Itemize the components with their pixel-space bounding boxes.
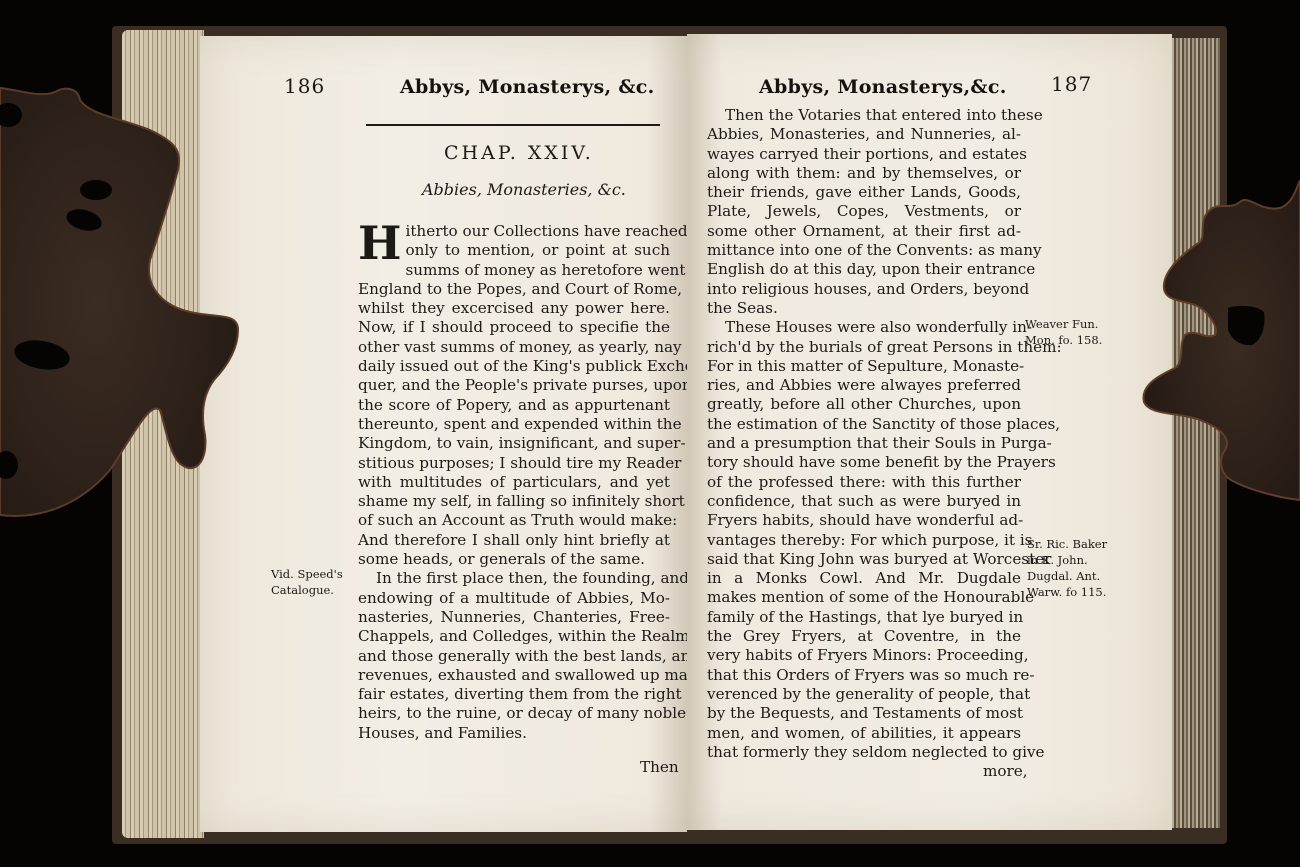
margin-note-weaver: Weaver Fun. Mon. fo. 158. [1025, 316, 1102, 348]
text-line: And therefore I shall only hint briefly … [358, 531, 670, 550]
text-line: Now, if I should proceed to specifie the [358, 318, 670, 337]
text-line: In the first place then, the founding, a… [358, 569, 670, 588]
text-line: only to mention, or point at such [358, 241, 670, 260]
text-line: mittance into one of the Convents: as ma… [707, 241, 1021, 260]
text-line: their friends, gave either Lands, Goods, [707, 183, 1021, 202]
text-line: Chappels, and Colledges, within the Real… [358, 627, 670, 646]
text-line: Houses, and Families. [358, 724, 670, 743]
text-line: and those generally with the best lands,… [358, 647, 670, 666]
text-line: along with them: and by themselves, or [707, 164, 1021, 183]
running-head-left: Abbys, Monasterys, &c. [400, 76, 655, 98]
drop-cap: H [358, 224, 401, 262]
text-line: with multitudes of particulars, and yet [358, 473, 670, 492]
text-line: nasteries, Nunneries, Chanteries, Free- [358, 608, 670, 627]
text-line: Plate, Jewels, Copes, Vestments, or [707, 202, 1021, 221]
text-line: that formerly they seldom neglected to g… [707, 743, 1021, 762]
text-line: men, and women, of abilities, it appears [707, 724, 1021, 743]
text-line: greatly, before all other Churches, upon [707, 395, 1021, 414]
text-line: some heads, or generals of the same. [358, 550, 670, 569]
text-line: Abbies, Monasteries, and Nunneries, al- [707, 125, 1021, 144]
text-line: and a presumption that their Souls in Pu… [707, 434, 1021, 453]
text-line: family of the Hastings, that lye buryed … [707, 608, 1021, 627]
text-line: Kingdom, to vain, insignificant, and sup… [358, 434, 670, 453]
chapter-heading: CHAP. XXIV. [444, 142, 594, 164]
left-page: 186 Abbys, Monasterys, &c. CHAP. XXIV. A… [200, 36, 687, 832]
text-line: itherto our Collections have reached [358, 222, 670, 241]
text-line: the Grey Fryers, at Coventre, in the [707, 627, 1021, 646]
text-line: vantages thereby: For which purpose, it … [707, 531, 1021, 550]
text-line: by the Bequests, and Testaments of most [707, 704, 1021, 723]
metal-page-clip-left [0, 80, 245, 520]
text-line: the Seas. [707, 299, 1021, 318]
text-line: England to the Popes, and Court of Rome, [358, 280, 670, 299]
text-line: the score of Popery, and as appurtenant [358, 396, 670, 415]
text-line: These Houses were also wonderfully in- [707, 318, 1021, 337]
text-line: said that King John was buryed at Worces… [707, 550, 1021, 569]
text-line: Fryers habits, should have wonderful ad- [707, 511, 1021, 530]
left-page-body: H itherto our Collections have reachedon… [358, 222, 670, 743]
text-line: English do at this day, upon their entra… [707, 260, 1021, 279]
text-line: verenced by the generality of people, th… [707, 685, 1021, 704]
margin-note-baker: Sr. Ric. Baker in K. John. Dugdal. Ant. … [1027, 536, 1107, 600]
text-line: stitious purposes; I should tire my Read… [358, 454, 670, 473]
right-page: Abbys, Monasterys,&c. 187 Then the Votar… [687, 34, 1172, 830]
text-line: heirs, to the ruine, or decay of many no… [358, 704, 670, 723]
catchword-right: more, [983, 762, 1028, 780]
text-line: confidence, that such as were buryed in [707, 492, 1021, 511]
text-line: rich'd by the burials of great Persons i… [707, 338, 1021, 357]
text-line: of such an Account as Truth would make: [358, 511, 670, 530]
running-head-right: Abbys, Monasterys,&c. [759, 76, 1007, 98]
text-line: very habits of Fryers Minors: Proceeding… [707, 646, 1021, 665]
text-line: summs of money as heretofore went out of [358, 261, 670, 280]
text-line: Then the Votaries that entered into thes… [707, 106, 1021, 125]
text-line: For in this matter of Sepulture, Monaste… [707, 357, 1021, 376]
text-line: ries, and Abbies were alwayes preferred [707, 376, 1021, 395]
page-number-right: 187 [1051, 72, 1092, 96]
text-line: shame my self, in falling so infinitely … [358, 492, 670, 511]
text-line: fair estates, diverting them from the ri… [358, 685, 670, 704]
chapter-subtitle: Abbies, Monasteries, &c. [422, 180, 626, 199]
text-line: the estimation of the Sanctity of those … [707, 415, 1021, 434]
page-number-left: 186 [284, 74, 325, 98]
metal-page-clip-right [1140, 180, 1300, 510]
text-line: other vast summs of money, as yearly, na… [358, 338, 670, 357]
text-line: that this Orders of Fryers was so much r… [707, 666, 1021, 685]
text-line: tory should have some benefit by the Pra… [707, 453, 1021, 472]
text-line: in a Monks Cowl. And Mr. Dugdale [707, 569, 1021, 588]
text-line: makes mention of some of the Honourable [707, 588, 1021, 607]
text-line: revenues, exhausted and swallowed up man… [358, 666, 670, 685]
text-line: some other Ornament, at their first ad- [707, 222, 1021, 241]
text-line: into religious houses, and Orders, beyon… [707, 280, 1021, 299]
text-line: wayes carryed their portions, and estate… [707, 145, 1021, 164]
text-line: thereunto, spent and expended within the [358, 415, 670, 434]
text-line: quer, and the People's private purses, u… [358, 376, 670, 395]
right-page-body: Then the Votaries that entered into thes… [707, 106, 1021, 762]
text-line: endowing of a multitude of Abbies, Mo- [358, 589, 670, 608]
margin-note-speed: Vid. Speed's Catalogue. [271, 566, 343, 598]
text-line: daily issued out of the King's publick E… [358, 357, 670, 376]
catchword-left: Then [640, 758, 679, 776]
chapter-rule [366, 124, 660, 126]
text-line: of the professed there: with this furthe… [707, 473, 1021, 492]
text-line: whilst they excercised any power here. [358, 299, 670, 318]
